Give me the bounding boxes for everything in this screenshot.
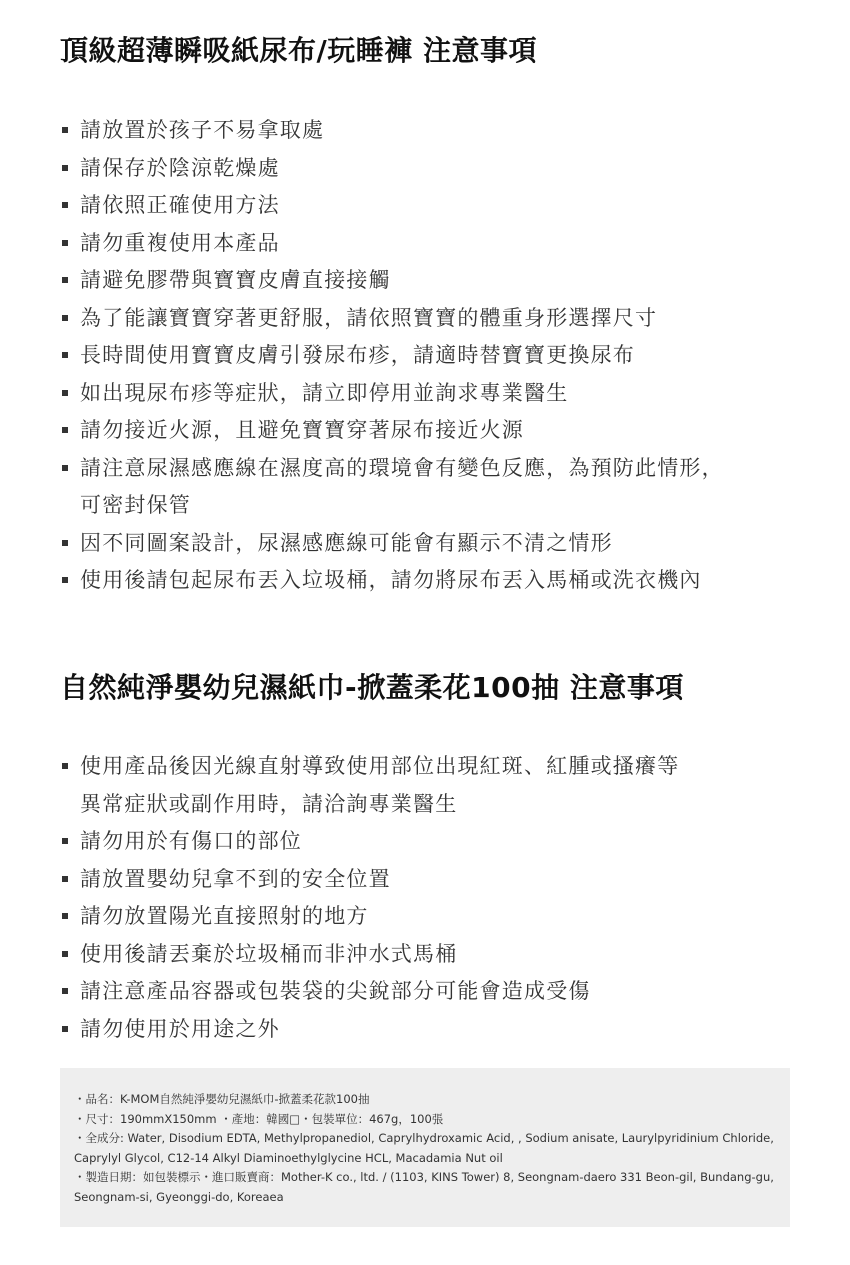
list-item: 請注意產品容器或包裝袋的尖銳部分可能會造成受傷 xyxy=(60,973,800,1011)
note-text: 請勿用於有傷口的部位 xyxy=(80,823,800,861)
note-text: 因不同圖案設計，尿濕感應線可能會有顯示不清之情形 xyxy=(80,525,800,563)
list-item: 請勿接近火源，且避免寶寶穿著尿布接近火源 xyxy=(60,412,800,450)
square-bullet-icon xyxy=(62,465,68,471)
square-bullet-icon xyxy=(62,838,68,844)
note-text: 請勿接近火源，且避免寶寶穿著尿布接近火源 xyxy=(80,412,800,450)
list-item: 請保存於陰涼乾燥處 xyxy=(60,150,800,188)
list-item: 使用後請丟棄於垃圾桶而非沖水式馬桶 xyxy=(60,936,800,974)
product-name-line: ・品名：K-MOM自然純淨嬰幼兒濕紙巾-掀蓋柔花款100抽 xyxy=(74,1090,778,1110)
list-item: 為了能讓寶寶穿著更舒服，請依照寶寶的體重身形選擇尺寸 xyxy=(60,300,800,338)
list-item: 請依照正確使用方法 xyxy=(60,187,800,225)
list-item: 長時間使用寶寶皮膚引發尿布疹，請適時替寶寶更換尿布 xyxy=(60,337,800,375)
square-bullet-icon xyxy=(62,202,68,208)
list-item: 請注意尿濕感應線在濕度高的環境會有變色反應，為預防此情形， 可密封保管 xyxy=(60,450,800,525)
diaper-notes-list: 請放置於孩子不易拿取處 請保存於陰涼乾燥處 請依照正確使用方法 請勿重複使用本產… xyxy=(60,112,800,600)
square-bullet-icon xyxy=(62,763,68,769)
square-bullet-icon xyxy=(62,315,68,321)
list-item: 請勿重複使用本產品 xyxy=(60,225,800,263)
list-item: 請勿放置陽光直接照射的地方 xyxy=(60,898,800,936)
note-text: 為了能讓寶寶穿著更舒服，請依照寶寶的體重身形選擇尺寸 xyxy=(80,300,800,338)
size-origin-line: ・尺寸：190mmX150mm ・產地：韓國□・包裝單位：467g，100張 xyxy=(74,1110,778,1130)
note-text: 使用產品後因光線直射導致使用部位出現紅斑、紅腫或搔癢等 異常症狀或副作用時，請洽… xyxy=(80,748,800,823)
square-bullet-icon xyxy=(62,352,68,358)
importer-line: ・製造日期：如包裝標示・進口販賣商：Mother-K co., ltd. / (… xyxy=(74,1168,778,1207)
note-text: 使用後請包起尿布丟入垃圾桶，請勿將尿布丟入馬桶或洗衣機內 xyxy=(80,562,800,600)
list-item: 請勿使用於用途之外 xyxy=(60,1011,800,1049)
note-text: 使用後請丟棄於垃圾桶而非沖水式馬桶 xyxy=(80,936,800,974)
note-text: 請勿放置陽光直接照射的地方 xyxy=(80,898,800,936)
square-bullet-icon xyxy=(62,277,68,283)
square-bullet-icon xyxy=(62,876,68,882)
note-text: 長時間使用寶寶皮膚引發尿布疹，請適時替寶寶更換尿布 xyxy=(80,337,800,375)
note-text: 請勿使用於用途之外 xyxy=(80,1011,800,1049)
square-bullet-icon xyxy=(62,913,68,919)
list-item: 因不同圖案設計，尿濕感應線可能會有顯示不清之情形 xyxy=(60,525,800,563)
square-bullet-icon xyxy=(62,390,68,396)
square-bullet-icon xyxy=(62,1026,68,1032)
product-info-box: ・品名：K-MOM自然純淨嬰幼兒濕紙巾-掀蓋柔花款100抽 ・尺寸：190mmX… xyxy=(60,1068,790,1227)
note-text: 請放置於孩子不易拿取處 xyxy=(80,112,800,150)
note-text: 請避免膠帶與寶寶皮膚直接接觸 xyxy=(80,262,800,300)
note-text: 請注意尿濕感應線在濕度高的環境會有變色反應，為預防此情形， 可密封保管 xyxy=(80,450,800,525)
diaper-notes-title: 頂級超薄瞬吸紙尿布/玩睡褲 注意事項 xyxy=(60,33,537,69)
list-item: 使用後請包起尿布丟入垃圾桶，請勿將尿布丟入馬桶或洗衣機內 xyxy=(60,562,800,600)
square-bullet-icon xyxy=(62,988,68,994)
list-item: 請放置於孩子不易拿取處 xyxy=(60,112,800,150)
list-item: 請勿用於有傷口的部位 xyxy=(60,823,800,861)
square-bullet-icon xyxy=(62,165,68,171)
note-text: 請依照正確使用方法 xyxy=(80,187,800,225)
square-bullet-icon xyxy=(62,540,68,546)
note-text: 請勿重複使用本產品 xyxy=(80,225,800,263)
square-bullet-icon xyxy=(62,240,68,246)
list-item: 使用產品後因光線直射導致使用部位出現紅斑、紅腫或搔癢等 異常症狀或副作用時，請洽… xyxy=(60,748,800,823)
note-text: 如出現尿布疹等症狀，請立即停用並詢求專業醫生 xyxy=(80,375,800,413)
square-bullet-icon xyxy=(62,951,68,957)
note-text: 請注意產品容器或包裝袋的尖銳部分可能會造成受傷 xyxy=(80,973,800,1011)
ingredients-line: ・全成分: Water, Disodium EDTA, Methylpropan… xyxy=(74,1129,778,1168)
note-text: 請保存於陰涼乾燥處 xyxy=(80,150,800,188)
wipes-notes-title: 自然純淨嬰幼兒濕紙巾-掀蓋柔花100抽 注意事項 xyxy=(60,670,684,706)
square-bullet-icon xyxy=(62,127,68,133)
note-text: 請放置嬰幼兒拿不到的安全位置 xyxy=(80,861,800,899)
square-bullet-icon xyxy=(62,427,68,433)
list-item: 請避免膠帶與寶寶皮膚直接接觸 xyxy=(60,262,800,300)
wipes-notes-list: 使用產品後因光線直射導致使用部位出現紅斑、紅腫或搔癢等 異常症狀或副作用時，請洽… xyxy=(60,748,800,1048)
list-item: 如出現尿布疹等症狀，請立即停用並詢求專業醫生 xyxy=(60,375,800,413)
square-bullet-icon xyxy=(62,577,68,583)
list-item: 請放置嬰幼兒拿不到的安全位置 xyxy=(60,861,800,899)
